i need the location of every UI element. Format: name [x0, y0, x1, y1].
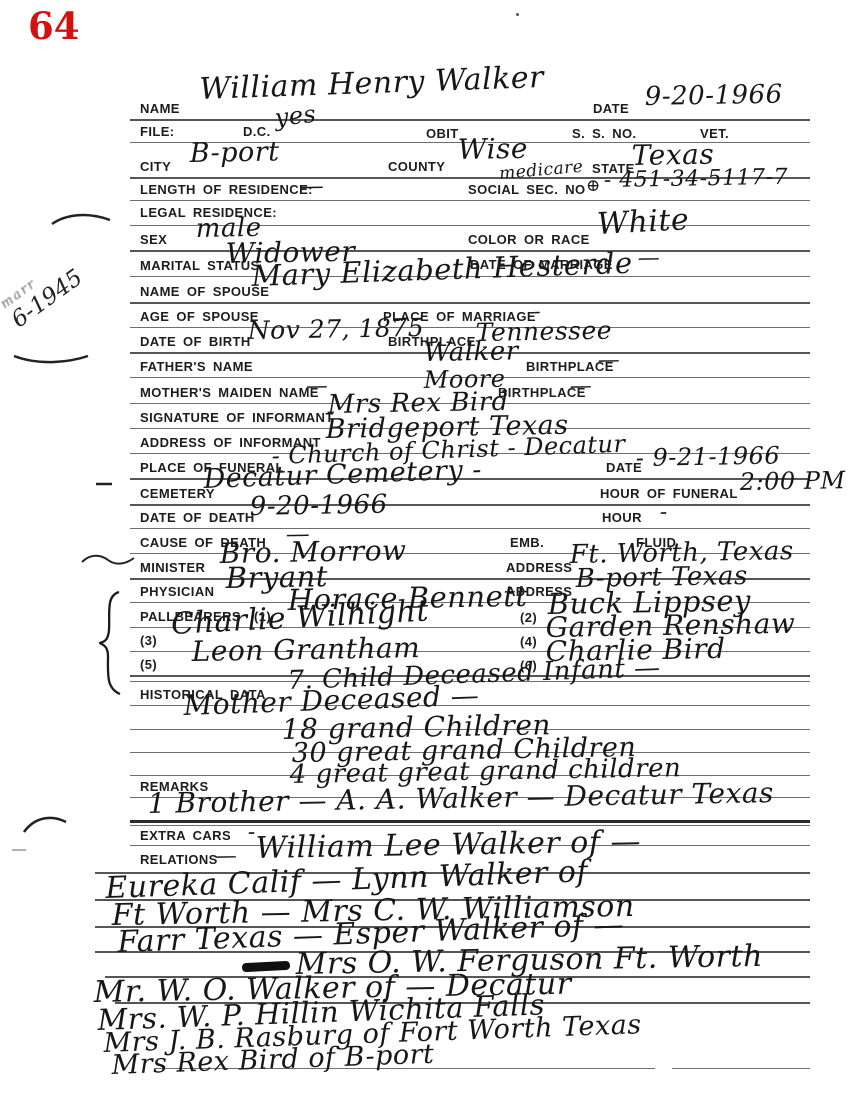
marriage-place-label: PLACE OF MARRIAGE [383, 309, 536, 324]
page-number: 64 [28, 4, 80, 48]
pallbearers-brace [100, 592, 120, 694]
ssno-label: S. S. NO. [572, 126, 637, 141]
minister-label: MINISTER [140, 560, 205, 575]
spouse-age-label: AGE OF SPOUSE [140, 309, 259, 324]
pallbearer-5-value: Leon Grantham [192, 634, 421, 666]
county-value: Wise [458, 135, 529, 164]
race-label: COLOR OR RACE [468, 232, 590, 247]
relations-dash: — [215, 846, 238, 868]
father-label: FATHER'S NAME [140, 359, 253, 374]
race-value: White [596, 205, 690, 240]
city-value: B-port [190, 138, 280, 167]
birth-date-label: DATE OF BIRTH [140, 334, 251, 349]
relations-label: RELATIONS [140, 852, 218, 867]
informant-signature-label: SIGNATURE OF INFORMANT [140, 410, 334, 425]
death-date-value: 9-20-1966 [250, 492, 388, 520]
extra-cars-label: EXTRA CARS [140, 828, 231, 843]
funeral-place-label: PLACE OF FUNERAL [140, 460, 284, 475]
funeral-hour-label: HOUR OF FUNERAL [600, 486, 738, 501]
pallbearer-5-num: (5) [140, 657, 157, 672]
pallbearer-3-num: (3) [140, 633, 157, 648]
county-label: COUNTY [388, 159, 445, 174]
physician-address-label: ADDRESS [506, 584, 572, 599]
pallbearer-1-num: (1) [254, 609, 271, 624]
dc-label: D.C. [243, 124, 271, 139]
dc-value: yes [273, 102, 317, 130]
residence-label: LENGTH OF RESIDENCE: [140, 182, 313, 197]
date-value: 9-20-1966 [645, 82, 783, 110]
margin-tilde-minister [82, 556, 134, 564]
death-date-label: DATE OF DEATH [140, 510, 255, 525]
pallbearer-6-num: (6) [520, 658, 537, 673]
funeral-date-label: DATE [606, 460, 642, 475]
circled-plus-mark: ⊕ [586, 178, 601, 195]
emb-label: EMB. [510, 535, 544, 550]
father-birthplace-label: BIRTHPLACE [526, 359, 614, 374]
margin-curve-note [14, 356, 88, 362]
obit-label: OBIT [426, 126, 459, 141]
pallbearers-label: PALLBEARERS [140, 609, 241, 624]
remarks-label: REMARKS [140, 779, 209, 794]
state-label: STATE [592, 161, 635, 176]
mother-label: MOTHER'S MAIDEN NAME [140, 385, 319, 400]
fluid-label: FLUID [636, 535, 676, 550]
pallbearer-2-num: (2) [520, 610, 537, 625]
sex-label: SEX [140, 232, 167, 247]
city-label: CITY [140, 159, 171, 174]
marriage-date-label: DATE OF MARRIAGE [470, 257, 613, 272]
minister-address-label: ADDRESS [506, 560, 572, 575]
spouse-label: NAME OF SPOUSE [140, 284, 269, 299]
ssn-label: SOCIAL SEC. NO [468, 182, 586, 197]
funeral-hour-value: 2:00 PM [740, 468, 846, 494]
informant-address-label: ADDRESS OF INFORMANT [140, 435, 321, 450]
marital-label: MARITAL STATUS [140, 258, 260, 273]
marriage-date-value: — [638, 248, 661, 270]
margin-curve-top [52, 215, 110, 224]
pallbearer-4-num: (4) [520, 634, 537, 649]
birthplace-label: BIRTHPLACE [388, 334, 476, 349]
file-label: FILE: [140, 124, 175, 139]
date-label: DATE [593, 101, 629, 116]
cause-label: CAUSE OF DEATH [140, 535, 266, 550]
legal-residence-label: LEGAL RESIDENCE: [140, 205, 277, 220]
physician-label: PHYSICIAN [140, 584, 214, 599]
death-hour-label: HOUR [602, 510, 642, 525]
name-label: NAME [140, 101, 180, 116]
funeral-date-value: - 9-21-1966 [636, 443, 781, 470]
vet-label: VET. [700, 126, 729, 141]
margin-curve-extra-cars [24, 818, 66, 832]
mother-birthplace-label: BIRTHPLACE [498, 385, 586, 400]
death-hour-value: - [660, 502, 668, 524]
funeral-record-scan: 64 marr 6-1945 [0, 0, 850, 1100]
cemetery-label: CEMETERY [140, 486, 215, 501]
historical-label: HISTORICAL DATA [140, 687, 266, 702]
